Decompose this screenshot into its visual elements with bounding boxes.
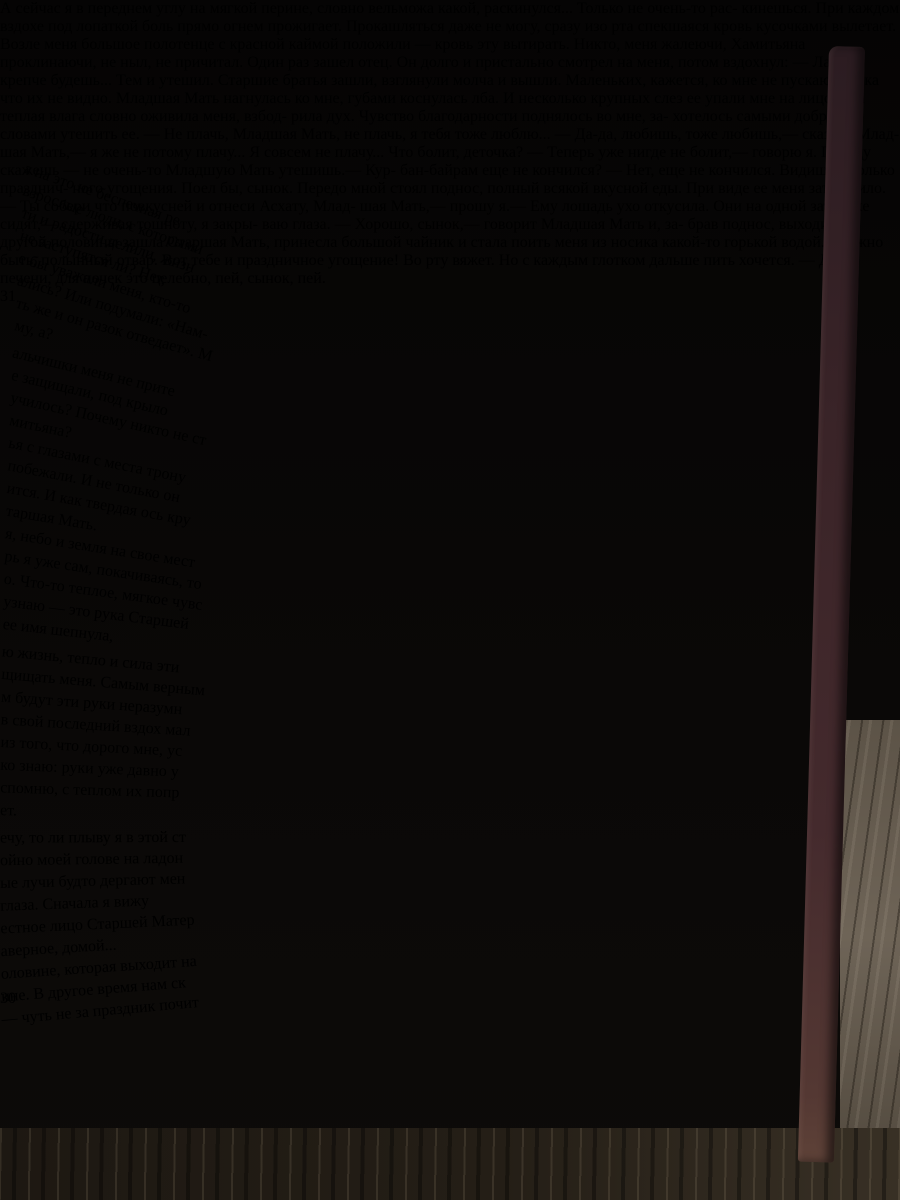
wood-table-bottom bbox=[0, 1128, 900, 1200]
left-page-text: а на это не беспечная ревзрослые люди, с… bbox=[0, 306, 900, 990]
left-page: а на это не беспечная ревзрослые люди, с… bbox=[0, 306, 900, 1008]
book-photo: А сейчас я в переднем углу на мягкой пер… bbox=[0, 0, 900, 1200]
right-page: А сейчас я в переднем углу на мягкой пер… bbox=[0, 0, 900, 306]
